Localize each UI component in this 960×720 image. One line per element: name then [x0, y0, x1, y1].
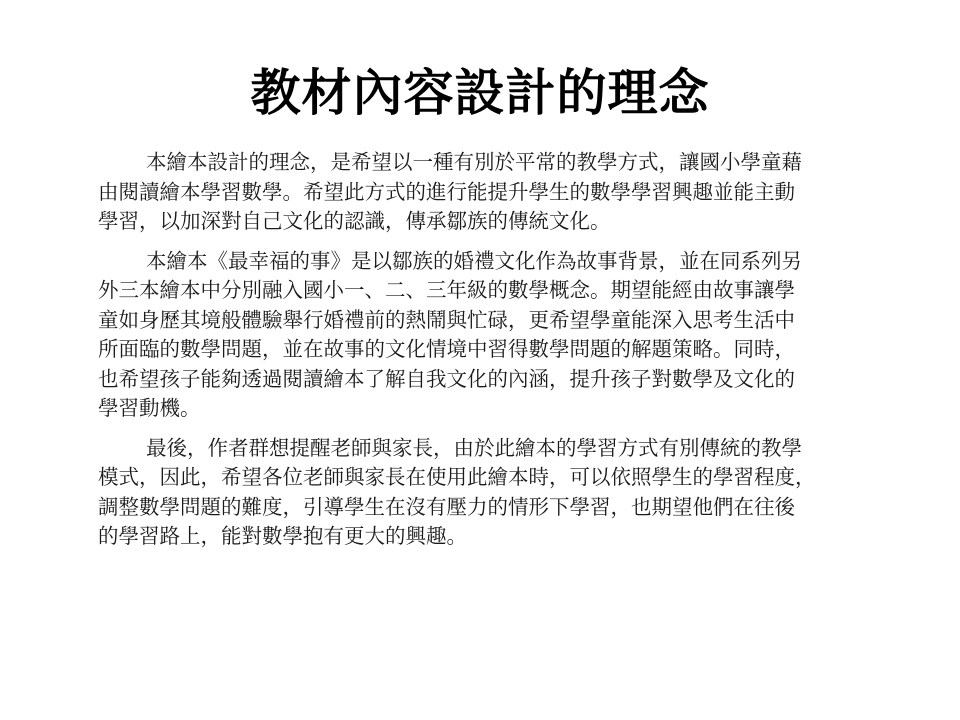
text-line: 最後，作者群想提醒老師與家長，由於此繪本的學習方式有別傳統的教學 — [98, 434, 878, 464]
paragraph-note-to-teachers: 最後，作者群想提醒老師與家長，由於此繪本的學習方式有別傳統的教學 模式，因此，希… — [98, 434, 878, 552]
text-line: 的學習路上，能對數學抱有更大的興趣。 — [98, 522, 878, 552]
text-line: 調整數學問題的難度，引導學生在沒有壓力的情形下學習，也期望他們在往後 — [98, 493, 878, 523]
slide-title: 教材內容設計的理念 — [0, 58, 960, 128]
text-line: 童如身歷其境般體驗舉行婚禮前的熱鬧與忙碌，更希望學童能深入思考生活中 — [98, 306, 878, 336]
text-line: 由閱讀繪本學習數學。希望此方式的進行能提升學生的數學學習興趣並能主動 — [98, 178, 878, 208]
text-line: 所面臨的數學問題，並在故事的文化情境中習得數學問題的解題策略。同時， — [98, 335, 878, 365]
text-line: 學習，以加深對自己文化的認識，傳承鄒族的傳統文化。 — [98, 207, 878, 237]
paragraph-design-concept: 本繪本設計的理念，是希望以一種有別於平常的教學方式，讓國小學童藉 由閱讀繪本學習… — [98, 148, 878, 237]
text-line: 外三本繪本中分別融入國小一、二、三年級的數學概念。期望能經由故事讓學 — [98, 276, 878, 306]
paragraph-story-background: 本繪本《最幸福的事》是以鄒族的婚禮文化作為故事背景，並在同系列另 外三本繪本中分… — [98, 247, 878, 424]
text-line: 本繪本設計的理念，是希望以一種有別於平常的教學方式，讓國小學童藉 — [98, 148, 878, 178]
text-line: 模式，因此，希望各位老師與家長在使用此繪本時，可以依照學生的學習程度， — [98, 463, 878, 493]
text-line: 本繪本《最幸福的事》是以鄒族的婚禮文化作為故事背景，並在同系列另 — [98, 247, 878, 277]
slide-body: 本繪本設計的理念，是希望以一種有別於平常的教學方式，讓國小學童藉 由閱讀繪本學習… — [98, 148, 878, 562]
text-line: 也希望孩子能夠透過閱讀繪本了解自我文化的內涵，提升孩子對數學及文化的 — [98, 365, 878, 395]
text-line: 學習動機。 — [98, 394, 878, 424]
